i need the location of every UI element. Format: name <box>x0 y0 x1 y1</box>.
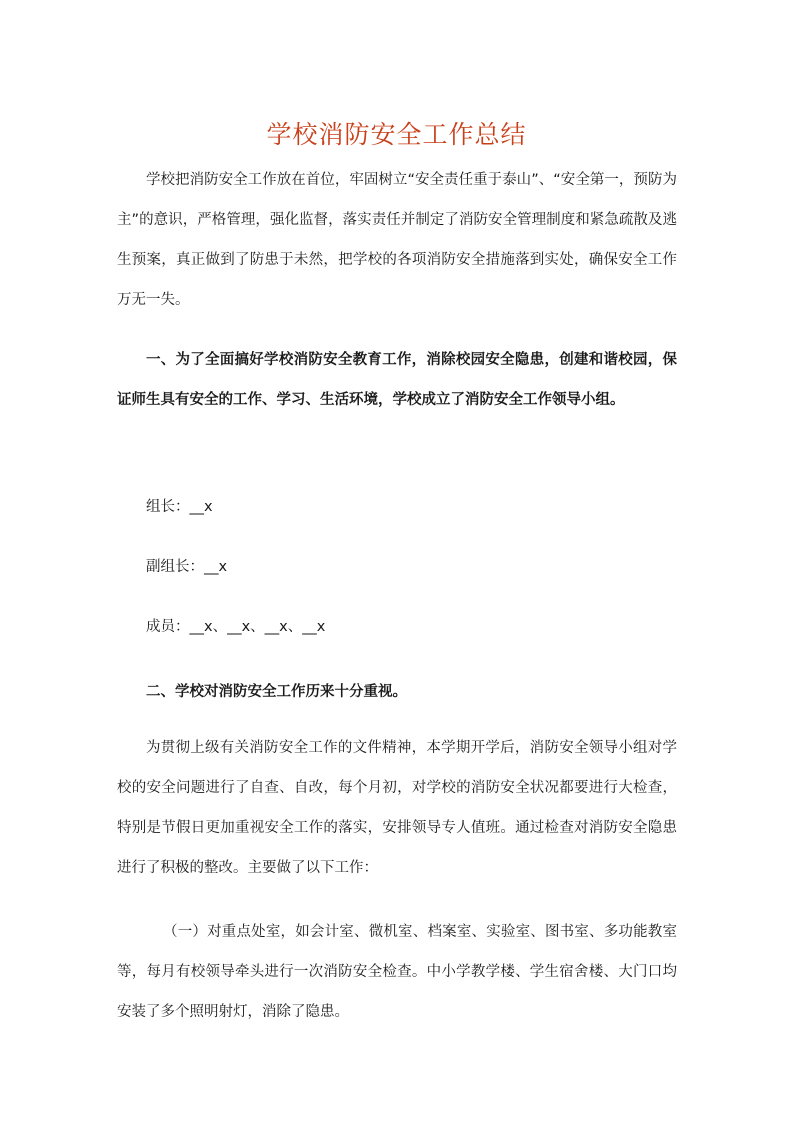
group-leader: 组长：__x <box>146 495 213 519</box>
group-members: 成员：__x、__x、__x、__x <box>146 615 325 639</box>
section-2-heading: 二、学校对消防安全工作历来十分重视。 <box>117 672 677 712</box>
document-title: 学校消防安全工作总结 <box>0 117 793 153</box>
section-2-body: 为贯彻上级有关消防安全工作的文件精神，本学期开学后，消防安全领导小组对学校的安全… <box>117 728 677 888</box>
intro-paragraph: 学校把消防安全工作放在首位，牢固树立“安全责任重于泰山”、“安全第一，预防为主”… <box>117 160 677 320</box>
document-page: 学校消防安全工作总结 学校把消防安全工作放在首位，牢固树立“安全责任重于泰山”、… <box>0 0 793 1122</box>
item-1-paragraph: （一）对重点处室，如会计室、微机室、档案室、实验室、图书室、多功能教室等，每月有… <box>117 912 677 1032</box>
section-1-heading: 一、为了全面搞好学校消防安全教育工作，消除校园安全隐患，创建和谐校园，保证师生具… <box>117 340 677 420</box>
group-deputy: 副组长：__x <box>146 555 227 579</box>
